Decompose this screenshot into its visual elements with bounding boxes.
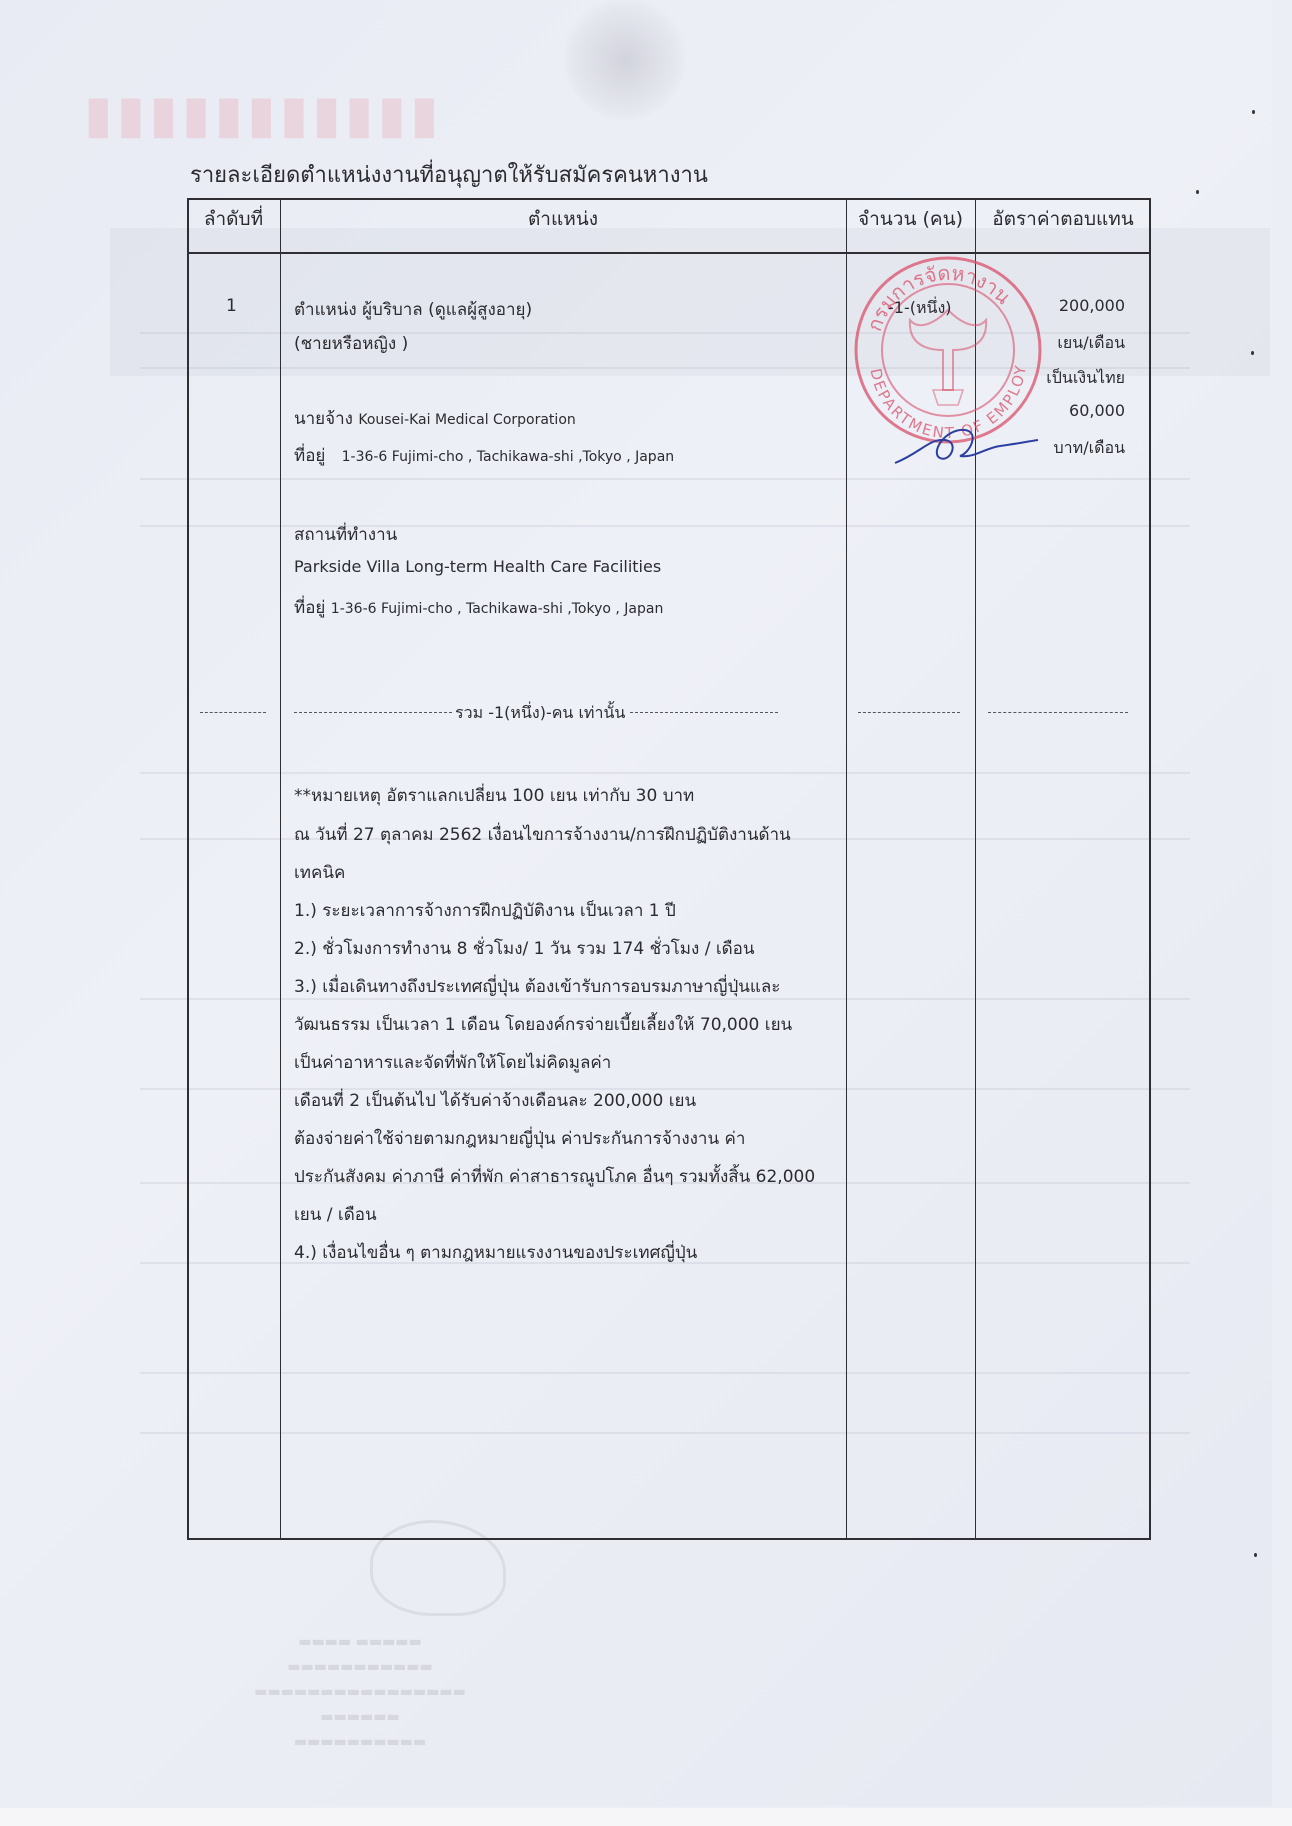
total-order-dash xyxy=(200,712,266,713)
workplace-label: สถานที่ทำงาน xyxy=(294,521,397,548)
note-line: ณ วันที่ 27 ตุลาคม 2562 เงื่อนไขการจ้างง… xyxy=(294,821,791,848)
position-gender: (ชายหรือหญิง ) xyxy=(294,330,408,357)
wage-thai-label: เป็นเงินไทย xyxy=(1005,366,1125,391)
note-line: **หมายเหตุ อัตราแลกเปลี่ยน 100 เยน เท่าก… xyxy=(294,782,694,809)
employer-address-label: ที่อยู่ xyxy=(294,446,325,466)
bleed-through-signature-block: ▬▬▬▬▬ ▬▬▬▬▬▬▬▬▬▬▬▬▬▬▬▬▬▬▬▬▬▬▬▬▬▬▬▬▬▬▬▬▬▬… xyxy=(230,1630,490,1755)
note-line: ต้องจ่ายค่าใช้จ่ายตามกฎหมายญี่ปุ่น ค่าปร… xyxy=(294,1125,745,1152)
note-line: 2.) ชั่วโมงการทำงาน 8 ชั่วโมง/ 1 วัน รวม… xyxy=(294,935,755,962)
total-wage-dash xyxy=(988,712,1128,713)
employer-address: 1-36-6 Fujimi-cho , Tachikawa-shi ,Tokyo… xyxy=(342,449,675,465)
total-left-dash xyxy=(294,712,452,713)
total-right-dash xyxy=(630,712,778,713)
note-line: 4.) เงื่อนไขอื่น ๆ ตามกฎหมายแรงงานของประ… xyxy=(294,1239,697,1266)
workplace-address-label: ที่อยู่ xyxy=(294,598,325,618)
row-order: 1 xyxy=(226,296,237,316)
bleed-through-heading: ▮▮▮▮▮▮▮▮▮▮▮ xyxy=(80,85,439,145)
wage-yen-amount: 200,000 xyxy=(1015,296,1125,315)
header-position: ตำแหน่ง xyxy=(280,204,846,234)
note-line: ประกันสังคม ค่าภาษี ค่าที่พัก ค่าสาธารณู… xyxy=(294,1163,815,1190)
note-line: เทคนิค xyxy=(294,859,345,886)
column-divider xyxy=(280,198,281,1540)
scan-speck xyxy=(1252,110,1255,114)
wage-baht-amount: 60,000 xyxy=(1015,401,1125,420)
column-divider xyxy=(846,198,847,1540)
header-order: ลำดับที่ xyxy=(187,204,280,234)
employer-name: Kousei-Kai Medical Corporation xyxy=(358,412,575,428)
workplace-address: 1-36-6 Fujimi-cho , Tachikawa-shi ,Tokyo… xyxy=(331,601,664,617)
workplace-address-line: ที่อยู่ 1-36-6 Fujimi-cho , Tachikawa-sh… xyxy=(294,594,663,621)
scan-speck xyxy=(1251,351,1254,355)
position-title: ตำแหน่ง ผู้บริบาล (ดูแลผู้สูงอายุ) xyxy=(294,296,532,323)
document-title: รายละเอียดตำแหน่งงานที่อนุญาตให้รับสมัคร… xyxy=(190,157,708,192)
header-divider xyxy=(187,252,1151,254)
scan-speck xyxy=(1196,190,1199,194)
note-line: 1.) ระยะเวลาการจ้างการฝึกปฏิบัติงาน เป็น… xyxy=(294,897,676,924)
bleed-through-emblem xyxy=(565,0,685,120)
employer-line: นายจ้าง Kousei-Kai Medical Corporation xyxy=(294,405,576,432)
header-quantity: จำนวน (คน) xyxy=(846,204,975,234)
note-line: เป็นค่าอาหารและจัดที่พักให้โดยไม่คิดมูลค… xyxy=(294,1049,611,1076)
scan-speck xyxy=(1254,1553,1257,1557)
employer-label: นายจ้าง xyxy=(294,409,353,429)
note-line: เยน / เดือน xyxy=(294,1201,377,1228)
employer-address-line: ที่อยู่ 1-36-6 Fujimi-cho , Tachikawa-sh… xyxy=(294,442,674,469)
column-divider xyxy=(975,198,976,1540)
quantity-value: -1-(หนึ่ง) xyxy=(888,296,952,321)
wage-yen-unit: เยน/เดือน xyxy=(1015,331,1125,356)
total-quantity-dash xyxy=(858,712,960,713)
workplace-name: Parkside Villa Long-term Health Care Fac… xyxy=(294,557,661,576)
note-line: 3.) เมื่อเดินทางถึงประเทศญี่ปุ่น ต้องเข้… xyxy=(294,973,780,1000)
note-line: เดือนที่ 2 เป็นต้นไป ได้รับค่าจ้างเดือนล… xyxy=(294,1087,696,1114)
total-summary: รวม -1(หนึ่ง)-คน เท่านั้น xyxy=(455,701,625,726)
header-wage: อัตราค่าตอบแทน xyxy=(975,204,1151,234)
note-line: วัฒนธรรม เป็นเวลา 1 เดือน โดยองค์กรจ่ายเ… xyxy=(294,1011,792,1038)
scan-edge xyxy=(0,1808,1292,1826)
wage-baht-unit: บาท/เดือน xyxy=(1015,436,1125,461)
